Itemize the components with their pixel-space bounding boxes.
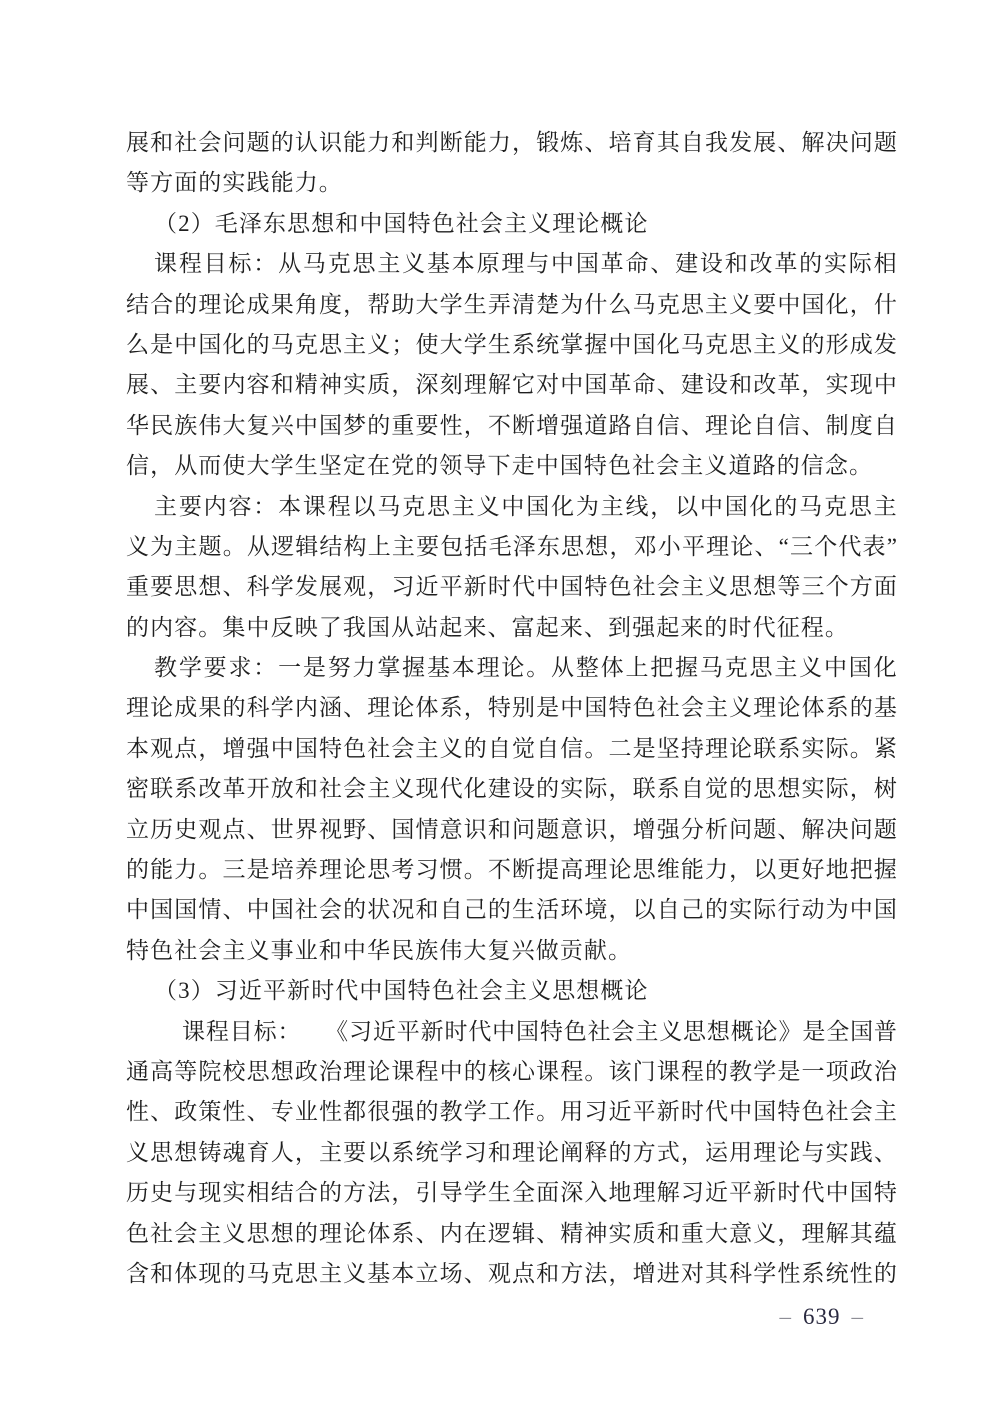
glyph: 、 — [464, 1254, 487, 1294]
glyph: 密 — [126, 769, 149, 809]
glyph: 本 — [391, 1254, 414, 1294]
glyph: 理 — [343, 1052, 366, 1092]
text-line: 展、主要内容和精神实质，深刻理解它对中国革命、建设和改革，实现中 — [126, 365, 897, 405]
glyph: “ — [779, 527, 789, 567]
glyph: 把 — [650, 648, 673, 688]
glyph: 国 — [584, 688, 607, 728]
glyph: 马 — [700, 648, 723, 688]
glyph: 的 — [223, 688, 246, 728]
glyph: 思 — [353, 244, 376, 284]
glyph: 培 — [271, 850, 294, 890]
glyph: 坚 — [657, 729, 680, 769]
glyph: 化 — [826, 285, 849, 325]
glyph: 会 — [343, 769, 366, 809]
glyph: 克 — [271, 1254, 294, 1294]
glyph: 引 — [416, 1173, 439, 1213]
glyph: 提 — [536, 850, 559, 890]
glyph: 助 — [391, 285, 414, 325]
glyph: 义 — [729, 285, 752, 325]
glyph: ， — [850, 769, 873, 809]
glyph: 握 — [675, 648, 698, 688]
glyph: 努 — [328, 648, 351, 688]
glyph: 问 — [850, 810, 873, 850]
glyph: 其 — [850, 1214, 873, 1254]
glyph: 实 — [223, 1173, 246, 1213]
glyph: 践 — [850, 1133, 873, 1173]
glyph: 。 — [850, 729, 873, 769]
glyph: 理 — [705, 729, 728, 769]
glyph: 基 — [367, 1254, 390, 1294]
glyph: 化 — [657, 325, 680, 365]
glyph: 习 — [681, 1173, 704, 1213]
glyph: 解 — [826, 1214, 849, 1254]
glyph: 。 — [584, 729, 607, 769]
glyph: 习 — [391, 567, 414, 607]
glyph: 能 — [343, 123, 366, 163]
glyph: 育 — [247, 1133, 270, 1173]
glyph: 理 — [464, 365, 487, 405]
glyph: 基 — [874, 688, 897, 728]
glyph: 的 — [774, 487, 797, 527]
glyph: 普 — [874, 1012, 897, 1052]
glyph: 义 — [659, 1012, 682, 1052]
glyph: 国 — [725, 487, 748, 527]
glyph: 本 — [452, 648, 475, 688]
glyph: ， — [609, 1254, 632, 1294]
glyph: 是 — [150, 325, 173, 365]
glyph: 信 — [777, 406, 800, 446]
text-line: 结合的理论成果角度，帮助大学生弄清楚为什么马克思主义要中国化，什 — [126, 285, 897, 325]
glyph: 养 — [295, 850, 318, 890]
glyph: 兴 — [271, 406, 294, 446]
text-line: 重要思想、科学发展观，习近平新时代中国特色社会主义思想等三个方面 — [126, 567, 897, 607]
glyph: 都 — [343, 1092, 366, 1132]
glyph: 建 — [675, 244, 698, 284]
glyph: 国 — [516, 1012, 539, 1052]
glyph: 思 — [295, 1254, 318, 1294]
glyph: 基 — [427, 648, 450, 688]
glyph: 自 — [874, 406, 897, 446]
text-line: 等方面的实践能力。 — [126, 163, 897, 203]
glyph: 导 — [440, 1173, 463, 1213]
glyph: ， — [650, 487, 673, 527]
glyph: 度 — [319, 285, 342, 325]
glyph: 体 — [416, 688, 439, 728]
glyph: 主 — [154, 487, 177, 527]
glyph: 方 — [343, 1173, 366, 1213]
glyph: 是 — [536, 688, 559, 728]
glyph: ， — [367, 567, 390, 607]
glyph: 判 — [416, 123, 439, 163]
glyph: 自 — [681, 123, 704, 163]
glyph: 为 — [826, 890, 849, 930]
glyph: 能 — [150, 850, 173, 890]
glyph: 路 — [609, 406, 632, 446]
glyph: 、 — [150, 365, 173, 405]
glyph: 理 — [705, 406, 728, 446]
glyph: 决 — [826, 123, 849, 163]
glyph: 国 — [802, 285, 825, 325]
glyph: 马 — [271, 325, 294, 365]
glyph: 全 — [512, 1173, 535, 1213]
glyph: 化 — [750, 487, 773, 527]
glyph: 国 — [874, 890, 897, 930]
glyph: 结 — [271, 1173, 294, 1213]
glyph: 特 — [874, 1173, 897, 1213]
glyph: 生 — [464, 285, 487, 325]
glyph: 克 — [295, 325, 318, 365]
glyph: 力 — [488, 123, 511, 163]
glyph: 中 — [440, 1052, 463, 1092]
glyph: 课 — [391, 1052, 414, 1092]
glyph: 马 — [377, 487, 400, 527]
glyph: 门 — [633, 1052, 656, 1092]
glyph: 特 — [319, 729, 342, 769]
glyph: 蕴 — [874, 1214, 897, 1254]
glyph: 设 — [512, 769, 535, 809]
glyph: 改 — [198, 769, 221, 809]
glyph: 习 — [349, 1012, 372, 1052]
glyph: 论 — [150, 688, 173, 728]
glyph: 主 — [452, 487, 475, 527]
glyph: ： — [277, 1012, 300, 1052]
glyph: 理 — [501, 244, 524, 284]
glyph: 。 — [223, 527, 246, 567]
text-line: 密联系改革开放和社会主义现代化建设的实际，联系自觉的思想实际，树 — [126, 769, 897, 809]
glyph: 。 — [536, 1092, 559, 1132]
glyph: 清 — [512, 285, 535, 325]
glyph: 》 — [778, 1012, 801, 1052]
glyph: 自 — [753, 406, 776, 446]
glyph: 面 — [536, 1173, 559, 1213]
glyph: 容 — [228, 487, 251, 527]
glyph: 、 — [650, 244, 673, 284]
glyph: 时 — [681, 1092, 704, 1132]
glyph: 中 — [560, 365, 583, 405]
glyph: 论 — [223, 285, 246, 325]
glyph: 、 — [777, 810, 800, 850]
glyph: 联 — [633, 769, 656, 809]
page-footer: – 639 – — [780, 1303, 865, 1331]
glyph: 马 — [247, 1254, 270, 1294]
glyph: 的 — [464, 1052, 487, 1092]
glyph: 锻 — [536, 123, 559, 163]
glyph: 主 — [874, 487, 897, 527]
glyph: 自 — [657, 890, 680, 930]
glyph: 政 — [295, 1052, 318, 1092]
glyph: 、 — [150, 1092, 173, 1132]
para-practical-ability-continuation: 展和社会问题的认识能力和判断能力，锻炼、培育其自我发展、解决问题等方面的实践能力… — [126, 123, 897, 204]
glyph: 义 — [402, 244, 425, 284]
glyph: 境 — [584, 890, 607, 930]
glyph: 果 — [271, 285, 294, 325]
glyph: 中 — [536, 567, 559, 607]
glyph: 。 — [584, 1052, 607, 1092]
glyph: 中 — [874, 365, 897, 405]
glyph: 识 — [319, 123, 342, 163]
glyph: 系 — [391, 1133, 414, 1173]
glyph: 理 — [198, 285, 221, 325]
glyph: 标 — [254, 1012, 277, 1052]
glyph: 泽 — [513, 527, 536, 567]
glyph: 强 — [391, 1092, 414, 1132]
glyph: 特 — [540, 1012, 563, 1052]
glyph: 掌 — [560, 325, 583, 365]
glyph: 题 — [874, 123, 897, 163]
glyph: 主 — [601, 487, 624, 527]
glyph: 学 — [440, 285, 463, 325]
glyph: 国 — [753, 1092, 776, 1132]
glyph: 楚 — [536, 285, 559, 325]
glyph: 对 — [536, 365, 559, 405]
glyph: 主 — [681, 567, 704, 607]
glyph: 化 — [464, 769, 487, 809]
glyph: 重 — [391, 406, 414, 446]
glyph: 色 — [609, 567, 632, 607]
glyph: 克 — [725, 648, 748, 688]
glyph: 其 — [657, 123, 680, 163]
glyph: 平 — [397, 1012, 420, 1052]
glyph: 学 — [440, 1133, 463, 1173]
glyph: 强 — [560, 406, 583, 446]
glyph: 它 — [512, 365, 535, 405]
glyph: 的 — [416, 1092, 439, 1132]
glyph: 体 — [367, 1214, 390, 1254]
glyph: 理 — [319, 850, 342, 890]
glyph: 科 — [247, 567, 270, 607]
glyph: 是 — [802, 1012, 825, 1052]
glyph: 的 — [536, 769, 559, 809]
glyph: 政 — [850, 1052, 873, 1092]
glyph: 本 — [126, 729, 149, 769]
glyph: 习 — [464, 1133, 487, 1173]
glyph: 和 — [391, 123, 414, 163]
glyph: 包 — [440, 527, 463, 567]
glyph: 社 — [319, 769, 342, 809]
glyph: 用 — [729, 1133, 752, 1173]
glyph: 要 — [416, 406, 439, 446]
glyph: 的 — [874, 1254, 897, 1294]
glyph: 果 — [198, 688, 221, 728]
glyph: 大 — [223, 406, 246, 446]
glyph: 信 — [560, 729, 583, 769]
glyph: 的 — [126, 850, 149, 890]
glyph: 帮 — [367, 285, 390, 325]
glyph: 观 — [488, 1254, 511, 1294]
glyph: 思 — [319, 325, 342, 365]
glyph: 会 — [174, 1214, 197, 1254]
glyph: 。 — [464, 850, 487, 890]
glyph: 会 — [198, 123, 221, 163]
glyph: 作 — [512, 1092, 535, 1132]
glyph: 特 — [609, 688, 632, 728]
glyph: 一 — [802, 1052, 825, 1092]
glyph: 要 — [198, 365, 221, 405]
glyph: 题 — [874, 810, 897, 850]
glyph: 新 — [464, 567, 487, 607]
glyph: 和 — [536, 1254, 559, 1294]
glyph: 系 — [512, 325, 535, 365]
glyph: 的 — [247, 325, 270, 365]
glyph: 以 — [675, 487, 698, 527]
glyph: 质 — [367, 365, 390, 405]
glyph: 铸 — [198, 1133, 221, 1173]
glyph: 主 — [705, 688, 728, 728]
glyph: 形 — [826, 325, 849, 365]
glyph: 情 — [198, 890, 221, 930]
glyph: 东 — [537, 527, 560, 567]
glyph: 其 — [705, 1254, 728, 1294]
glyph: ， — [198, 729, 221, 769]
glyph: 中 — [560, 688, 583, 728]
glyph: 三 — [802, 567, 825, 607]
glyph: 辑 — [512, 1214, 535, 1254]
glyph: 克 — [657, 285, 680, 325]
glyph: 性 — [223, 1092, 246, 1132]
glyph: 合 — [295, 1173, 318, 1213]
glyph: 增 — [633, 810, 656, 850]
glyph: 代 — [512, 567, 535, 607]
glyph: 思 — [750, 648, 773, 688]
glyph: 力 — [705, 850, 728, 890]
glyph: 义 — [223, 1214, 246, 1254]
glyph: 际 — [826, 769, 849, 809]
glyph: 论 — [729, 729, 752, 769]
glyph: 活 — [536, 890, 559, 930]
glyph: 际 — [849, 244, 872, 284]
glyph: 新 — [657, 1092, 680, 1132]
glyph: 际 — [753, 890, 776, 930]
glyph: 更 — [777, 850, 800, 890]
glyph: 新 — [753, 1173, 776, 1213]
glyph: 点 — [223, 810, 246, 850]
glyph: 社 — [367, 729, 390, 769]
glyph: 题 — [247, 123, 270, 163]
glyph: 社 — [657, 688, 680, 728]
glyph: 近 — [705, 1173, 728, 1213]
glyph: 么 — [126, 325, 149, 365]
glyph: 自 — [488, 729, 511, 769]
glyph: 生 — [512, 890, 535, 930]
glyph: 识 — [464, 810, 487, 850]
glyph: 法 — [367, 1173, 390, 1213]
glyph: 、 — [247, 1092, 270, 1132]
glyph: 大 — [440, 325, 463, 365]
page-number: 639 — [803, 1303, 841, 1331]
glyph: 法 — [584, 1254, 607, 1294]
glyph: 社 — [633, 567, 656, 607]
glyph: 性 — [440, 406, 463, 446]
glyph: 线 — [625, 487, 648, 527]
text-line: 理论成果的科学内涵、理论体系，特别是中国特色社会主义理论体系的基 — [126, 688, 897, 728]
glyph: 与 — [174, 1173, 197, 1213]
glyph: 自 — [681, 769, 704, 809]
glyph: 是 — [247, 850, 270, 890]
glyph: 立 — [126, 810, 149, 850]
text-line: 含和体现的马克思主义基本立场、观点和方法，增进对其科学性系统性的 — [126, 1254, 897, 1294]
glyph: 体 — [802, 688, 825, 728]
glyph: 程 — [681, 1052, 704, 1092]
glyph: 持 — [681, 729, 704, 769]
glyph: 实 — [802, 729, 825, 769]
glyph: 的 — [705, 890, 728, 930]
glyph: 。 — [198, 850, 221, 890]
glyph: 的 — [464, 729, 487, 769]
glyph: 立 — [416, 1254, 439, 1294]
glyph: 析 — [705, 810, 728, 850]
glyph: 该 — [609, 1052, 632, 1092]
glyph: 院 — [198, 1052, 221, 1092]
glyph: 和 — [488, 1133, 511, 1173]
glyph: 课 — [536, 1052, 559, 1092]
glyph: 色 — [564, 1012, 587, 1052]
glyph: 主 — [416, 729, 439, 769]
text-line: 本观点，增强中国特色社会主义的自觉自信。二是坚持理论联系实际。紧 — [126, 729, 897, 769]
glyph: 、 — [536, 1214, 559, 1254]
glyph: 心 — [512, 1052, 535, 1092]
heading-course-3-xi-thought: （3）习近平新时代中国特色社会主义思想概论 — [126, 971, 897, 1011]
glyph: 学 — [753, 1254, 776, 1294]
glyph: 和 — [657, 1214, 680, 1254]
glyph: 展 — [126, 365, 149, 405]
glyph: 主 — [635, 1012, 658, 1052]
glyph: 实 — [560, 769, 583, 809]
glyph: 要 — [753, 285, 776, 325]
glyph: 以 — [353, 487, 376, 527]
glyph: 主 — [319, 1254, 342, 1294]
glyph: 握 — [402, 648, 425, 688]
glyph: 相 — [247, 1173, 270, 1213]
glyph: 内 — [295, 688, 318, 728]
glyph: 近 — [373, 1012, 396, 1052]
glyph: 邓 — [634, 527, 657, 567]
glyph: ： — [253, 487, 276, 527]
glyph: 克 — [705, 325, 728, 365]
glyph: 自 — [536, 729, 559, 769]
glyph: 联 — [150, 769, 173, 809]
glyph: 理 — [584, 850, 607, 890]
glyph: 解 — [802, 123, 825, 163]
glyph: 和 — [271, 365, 294, 405]
glyph: 革 — [609, 365, 632, 405]
glyph: 方 — [850, 567, 873, 607]
glyph: 能 — [464, 123, 487, 163]
glyph: 义 — [799, 648, 822, 688]
glyph: 原 — [477, 244, 500, 284]
glyph: 考 — [391, 850, 414, 890]
glyph: 义 — [391, 769, 414, 809]
glyph: 思 — [681, 285, 704, 325]
text-line: 教学要求：一是努力掌握基本理论。从整体上把握马克思主义中国化 — [126, 648, 897, 688]
glyph: 中 — [174, 325, 197, 365]
glyph: 通 — [126, 1052, 149, 1092]
glyph: 学 — [271, 567, 294, 607]
glyph: 现 — [198, 1254, 221, 1294]
glyph: 运 — [705, 1133, 728, 1173]
glyph: 思 — [633, 850, 656, 890]
glyph: 结 — [319, 527, 342, 567]
glyph: 统 — [416, 1133, 439, 1173]
glyph: 握 — [874, 850, 897, 890]
glyph: 个 — [814, 527, 837, 567]
glyph: 成 — [247, 285, 270, 325]
glyph: 思 — [729, 567, 752, 607]
glyph: 中 — [551, 244, 574, 284]
glyph: 、 — [874, 1133, 897, 1173]
glyph: 进 — [657, 1254, 680, 1294]
glyph: 地 — [826, 850, 849, 890]
glyph: 现 — [198, 1173, 221, 1213]
